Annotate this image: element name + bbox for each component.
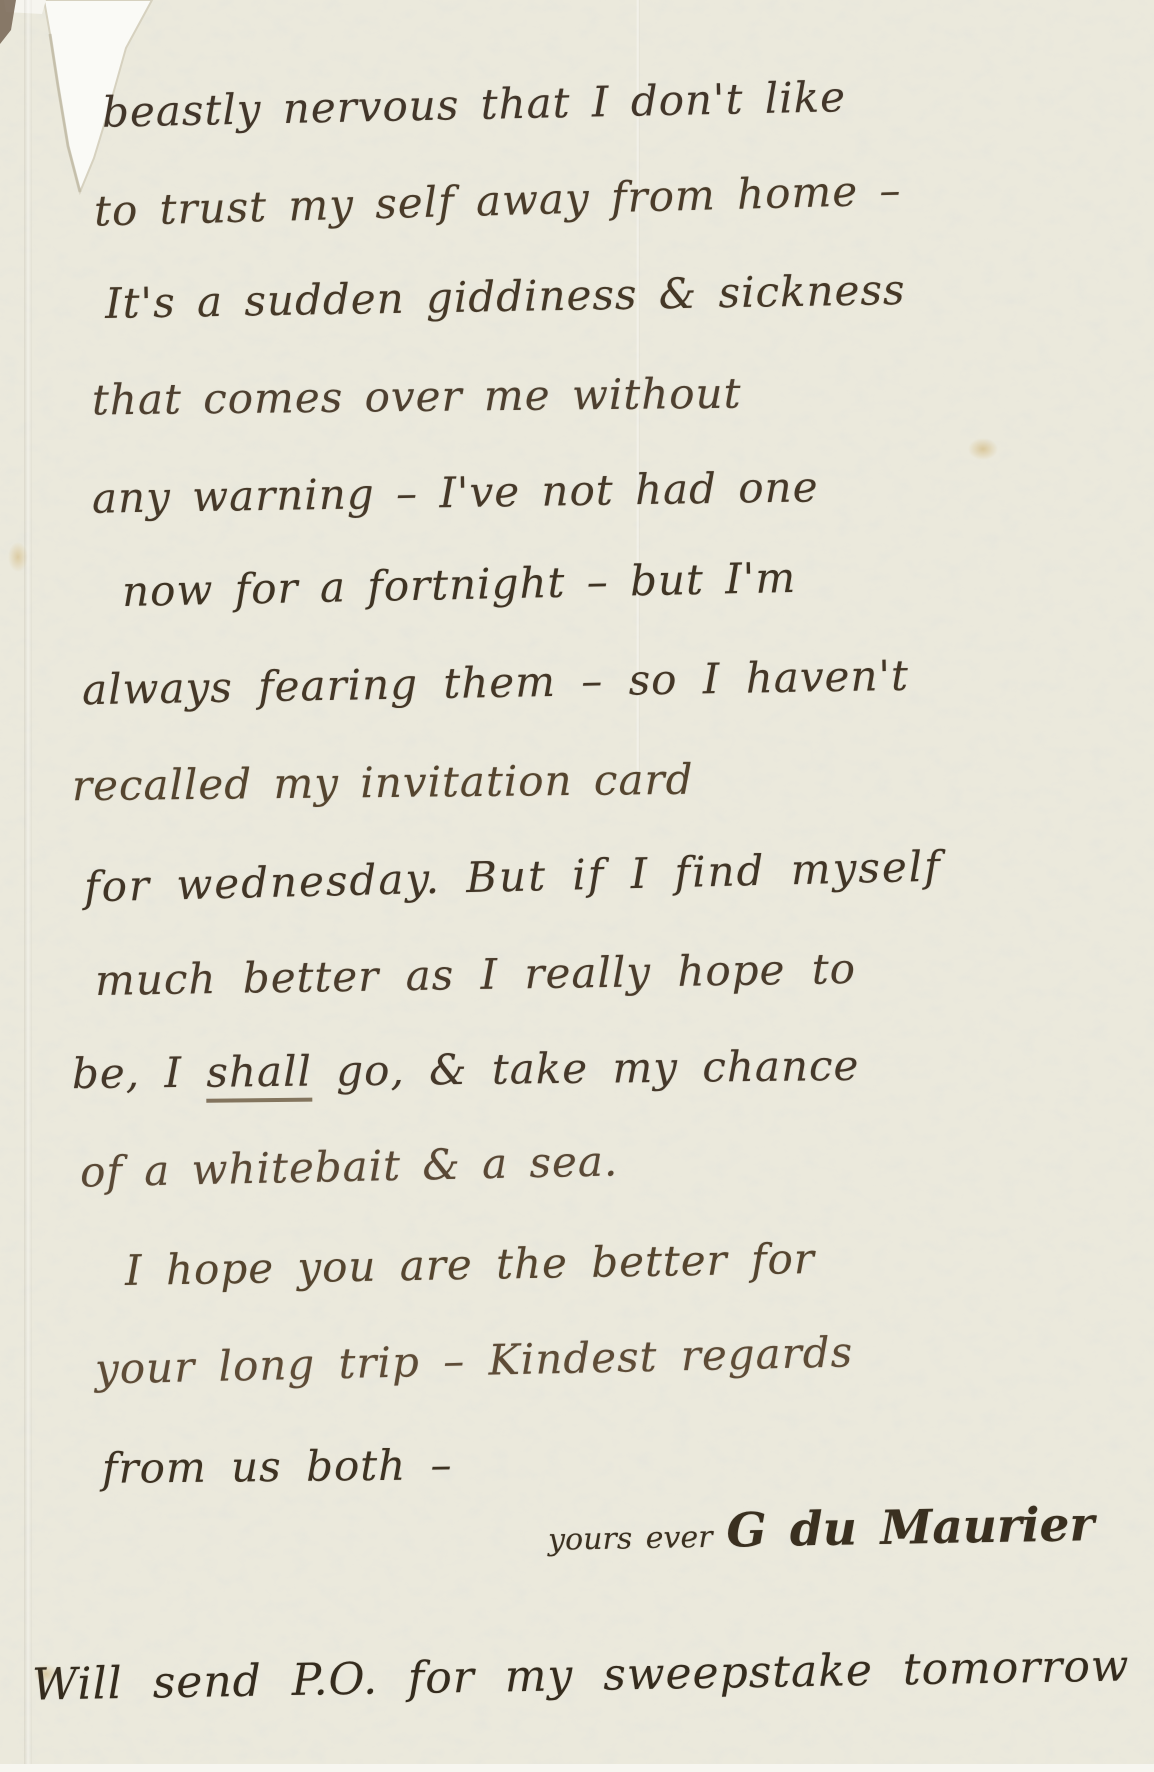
letter-line-7: always fearing them – so I haven't (82, 651, 910, 714)
scan-edge (0, 1764, 1154, 1772)
letter-line-6: now for a fortnight – but I'm (122, 553, 797, 616)
paper-stain (8, 542, 28, 572)
letter-line-9: for wednesday. But if I find myself (84, 842, 943, 912)
letter-line-3: It's a sudden giddiness & sickness (105, 265, 906, 328)
letter-line-11-post: go, & take my chance (312, 1041, 860, 1096)
letter-line-2: to trust my self away from home – (93, 165, 902, 235)
letter-line-15: from us both – (102, 1440, 453, 1493)
letter-line-1: beastly nervous that I don't like (102, 72, 847, 137)
tear-corner-notch (0, 0, 16, 44)
letter-line-11-pre: be, I (72, 1048, 207, 1098)
valediction: yours ever (548, 1520, 713, 1558)
letter-line-13: I hope you are the better for (125, 1234, 816, 1295)
postscript-line: Will send P.O. for my sweepstake tomorro… (32, 1640, 1130, 1710)
fold-crease-left (24, 0, 32, 1772)
letter-page: beastly nervous that I don't like to tru… (0, 0, 1154, 1772)
letter-line-14: your long trip – Kindest regards (95, 1327, 854, 1393)
letter-line-8: recalled my invitation card (72, 755, 694, 811)
letter-line-10: much better as I really hope to (95, 944, 857, 1005)
tear-shadow-line (50, 34, 80, 192)
letter-line-5: any warning – I've not had one (92, 462, 819, 522)
tear-top-sliver (4, 0, 46, 14)
letter-line-4: that comes over me without (92, 369, 742, 425)
underlined-word-shall: shall (206, 1047, 312, 1103)
closing-line: yours everG du Maurier (548, 1497, 1095, 1562)
letter-line-12: of a whitebait & a sea. (80, 1136, 619, 1196)
paper-stain (968, 438, 998, 460)
signature: G du Maurier (726, 1497, 1095, 1558)
letter-line-11: be, I shall go, & take my chance (72, 1041, 860, 1098)
